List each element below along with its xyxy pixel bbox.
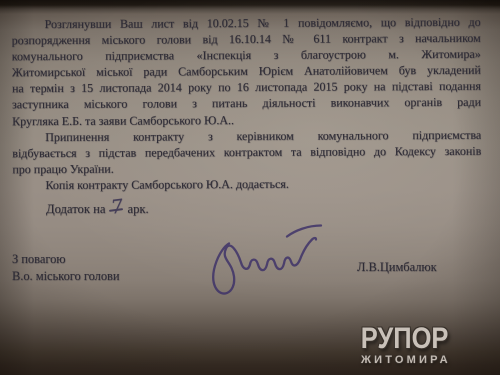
text-line: Копія контракту Самборського Ю.А. додаєт… bbox=[12, 175, 481, 194]
photo-background: Розглянувши Ваш лист від 10.02.15 № 1 по… bbox=[0, 0, 500, 375]
attachment-line: Додаток на7арк. bbox=[46, 199, 149, 217]
document-text: Розглянувши Ваш лист від 10.02.15 № 1 по… bbox=[12, 14, 482, 193]
handwritten-number: 7 bbox=[111, 199, 123, 217]
attachment-text-after: арк. bbox=[128, 202, 149, 216]
signer-name: Л.В.Цимбалюк bbox=[357, 260, 437, 275]
watermark-title: РУПОР bbox=[361, 324, 449, 353]
regards-label: З повагою bbox=[12, 251, 120, 268]
attachment-text-before: Додаток на bbox=[46, 202, 105, 216]
signature-ink bbox=[196, 216, 336, 304]
closing-block: З повагою В.о. міського голови bbox=[12, 251, 120, 284]
watermark-subtitle: ЖИТОМИРА bbox=[353, 354, 456, 366]
position-label: В.о. міського голови bbox=[12, 268, 120, 285]
text-line: заступника міського голови з питань діял… bbox=[12, 94, 481, 113]
text-line: відбувається з підстав передбачених конт… bbox=[12, 143, 481, 162]
watermark-logo: РУПОР ЖИТОМИРА bbox=[353, 324, 456, 366]
